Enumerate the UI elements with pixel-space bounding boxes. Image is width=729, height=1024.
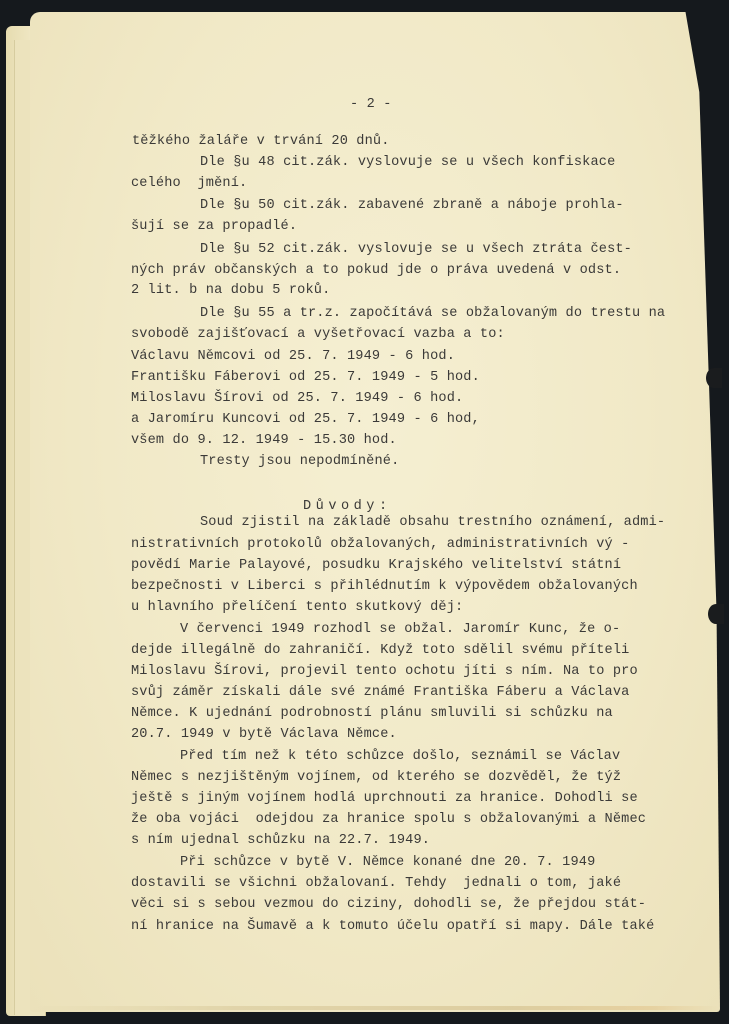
text-line: s ním ujednal schůzku na 22.7. 1949. <box>131 832 430 850</box>
text-line: celého jmění. <box>131 175 247 193</box>
text-line: 20.7. 1949 v bytě Václava Němce. <box>131 726 397 744</box>
text-line: Při schůzce v bytě V. Němce konané dne 2… <box>180 854 595 872</box>
text-line: ných práv občanských a to pokud jde o pr… <box>131 262 621 280</box>
text-line: a Jaromíru Kuncovi od 25. 7. 1949 - 6 ho… <box>131 411 480 429</box>
text-line: šují se za propadlé. <box>131 218 297 236</box>
text-line: věci si s sebou vezmou do ciziny, dohodl… <box>131 896 646 914</box>
text-line: V červenci 1949 rozhodl se obžal. Jaromí… <box>180 621 620 639</box>
text-line: svobodě zajišťovací a vyšetřovací vazba … <box>131 326 505 344</box>
text-line: těžkého žaláře v trvání 20 dnů. <box>132 133 390 151</box>
text-line: Dle §u 48 cit.zák. vyslovuje se u všech … <box>200 154 615 172</box>
text-line: Dle §u 52 cit.zák. vyslovuje se u všech … <box>200 241 632 259</box>
text-line: Tresty jsou nepodmíněné. <box>200 453 399 471</box>
text-line: Dle §u 50 cit.zák. zabavené zbraně a náb… <box>200 197 624 215</box>
text-line: že oba vojáci odejdou za hranice spolu s… <box>131 811 646 829</box>
text-line: ní hranice na Šumavě a k tomuto účelu op… <box>131 918 654 936</box>
page-number: - 2 - <box>350 96 392 114</box>
document-text: - 2 - Důvody: těžkého žaláře v trvání 20… <box>0 0 729 1024</box>
text-line: dejde illegálně do zahraničí. Když toto … <box>131 642 629 660</box>
text-line: Františku Fáberovi od 25. 7. 1949 - 5 ho… <box>131 369 480 387</box>
text-line: Václavu Němcovi od 25. 7. 1949 - 6 hod. <box>131 348 455 366</box>
text-line: dostavili se všichni obžalovaní. Tehdy j… <box>131 875 621 893</box>
text-line: Němec s nezjištěným vojínem, od kterého … <box>131 769 621 787</box>
text-line: ještě s jiným vojínem hodlá uprchnouti z… <box>131 790 638 808</box>
text-line: všem do 9. 12. 1949 - 15.30 hod. <box>131 432 397 450</box>
text-line: nistrativních protokolů obžalovaných, ad… <box>131 536 629 554</box>
text-line: Soud zjistil na základě obsahu trestního… <box>200 514 665 532</box>
text-line: svůj záměr získali dále své známé Franti… <box>131 684 629 702</box>
text-line: povědí Marie Palayové, posudku Krajského… <box>131 557 621 575</box>
text-line: Miloslavu Šírovi, projevil tento ochotu … <box>131 663 638 681</box>
text-line: Dle §u 55 a tr.z. započítává se obžalova… <box>200 305 665 323</box>
text-line: 2 lit. b na dobu 5 roků. <box>131 282 330 300</box>
text-line: bezpečnosti v Liberci s přihlédnutím k v… <box>131 578 638 596</box>
text-line: Němce. K ujednání podrobností plánu smlu… <box>131 705 613 723</box>
text-line: u hlavního přelíčení tento skutkový děj: <box>131 599 463 617</box>
text-line: Miloslavu Šírovi od 25. 7. 1949 - 6 hod. <box>131 390 463 408</box>
text-line: Před tím než k této schůzce došlo, sezná… <box>180 748 620 766</box>
